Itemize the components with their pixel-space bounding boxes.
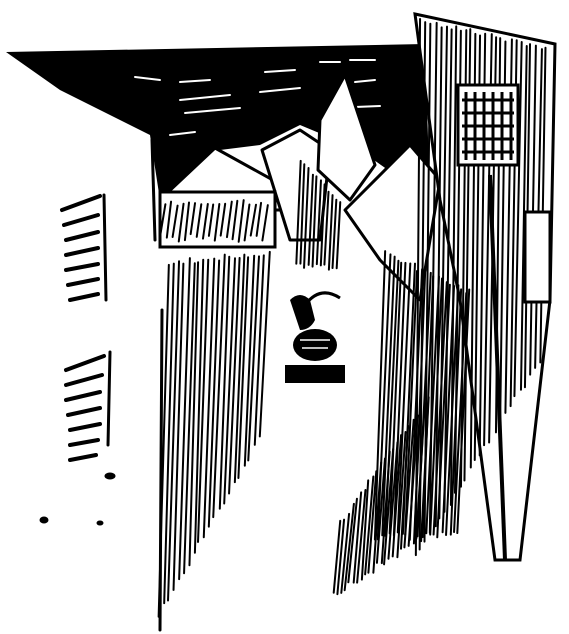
window-upper-right xyxy=(458,85,518,165)
street-illustration xyxy=(0,0,569,634)
balcony xyxy=(160,192,275,247)
window-upper-left xyxy=(62,195,106,300)
window-lower-left xyxy=(66,352,110,460)
left-building xyxy=(40,140,162,630)
horse-and-cart xyxy=(285,293,345,383)
window-far-right xyxy=(525,212,550,302)
illustration-canvas: Narrow village street between tall build… xyxy=(0,0,569,634)
